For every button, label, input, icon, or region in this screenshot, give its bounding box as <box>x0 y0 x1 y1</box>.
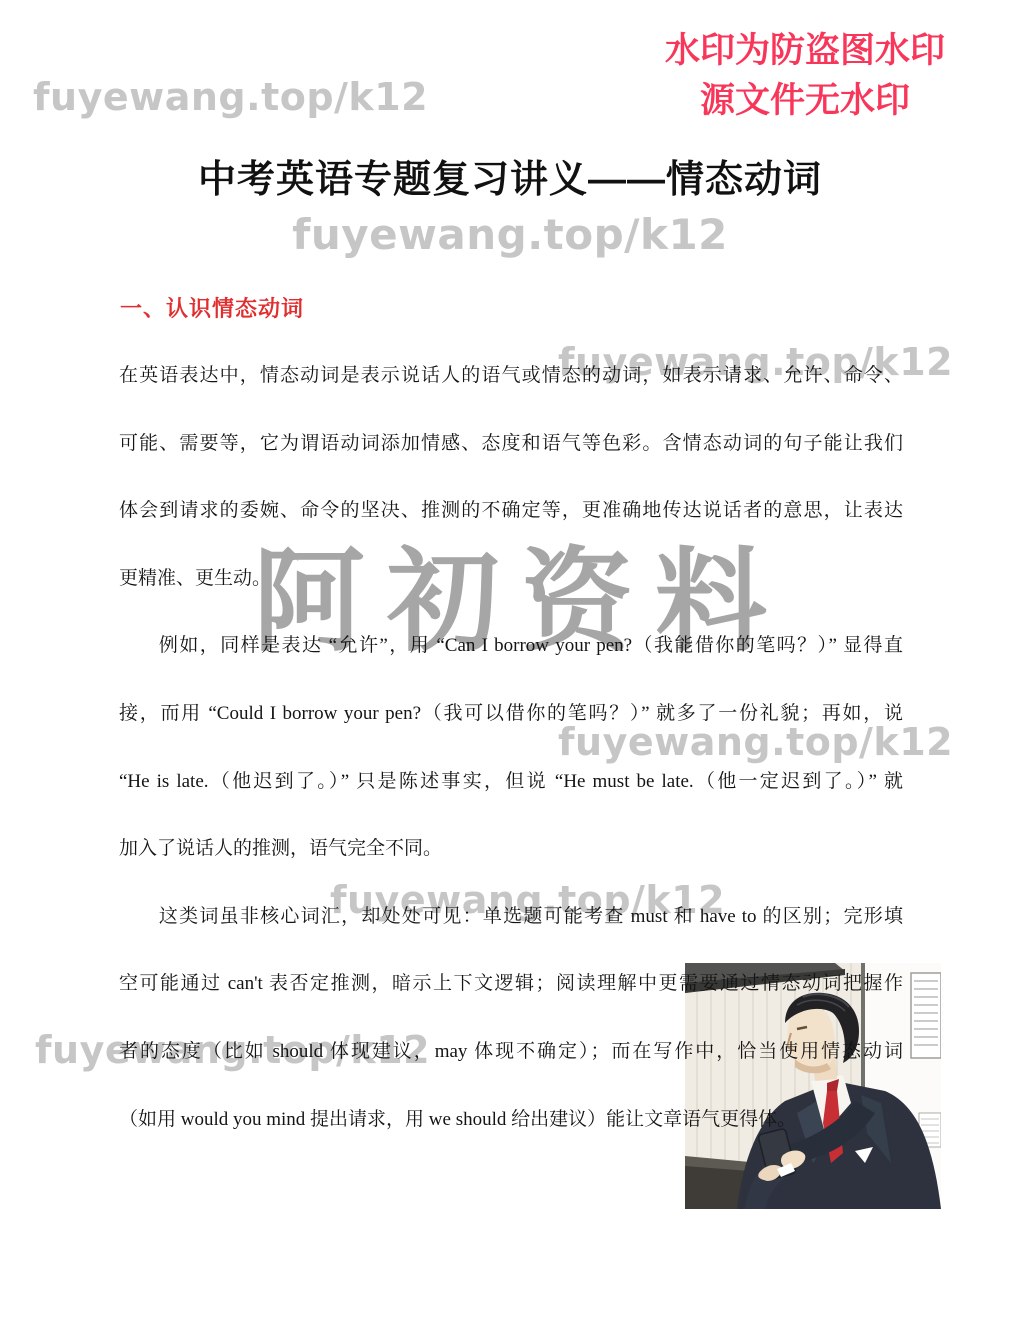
body-line: “He is late.（他迟到了。）” 只是陈述事实，但说 “He must … <box>119 748 903 816</box>
body-line: 加入了说话人的推测，语气完全不同。 <box>119 815 903 883</box>
document-page: fuyewang.top/k12 fuyewang.top/k12 fuyewa… <box>0 0 1020 1320</box>
body-line: 者的态度（比如 should 体现建议，may 体现不确定）；而在写作中，恰当使… <box>119 1018 903 1086</box>
anti-theft-notice-line2: 源文件无水印 <box>640 76 970 126</box>
anti-theft-notice-line1: 水印为防盗图水印 <box>640 26 970 76</box>
body-line: 空可能通过 can't 表否定推测，暗示上下文逻辑；阅读理解中更需要通过情态动词… <box>119 950 903 1018</box>
body-line: 体会到请求的委婉、命令的坚决、推测的不确定等，更准确地传达说话者的意思，让表达 <box>119 477 903 545</box>
anti-theft-notice: 水印为防盗图水印 源文件无水印 <box>640 26 970 126</box>
body-line: 可能、需要等，它为谓语动词添加情感、态度和语气等色彩。含情态动词的句子能让我们 <box>119 410 903 478</box>
body-line: （如用 would you mind 提出请求，用 we should 给出建议… <box>119 1086 903 1154</box>
body-line: 例如，同样是表达 “允许”，用 “Can I borrow your pen?（… <box>119 612 903 680</box>
body-line: 在英语表达中，情态动词是表示说话人的语气或情态的动词，如表示请求、允许、命令、 <box>119 342 903 410</box>
section-heading: 一、认识情态动词 <box>120 292 304 323</box>
content-layer: 水印为防盗图水印 源文件无水印 中考英语专题复习讲义——情态动词 一、认识情态动… <box>0 0 1020 1320</box>
body-text: 在英语表达中，情态动词是表示说话人的语气或情态的动词，如表示请求、允许、命令、 … <box>119 342 903 1153</box>
body-line: 这类词虽非核心词汇，却处处可见：单选题可能考查 must 和 have to 的… <box>119 883 903 951</box>
body-line: 更精准、更生动。 <box>119 545 903 613</box>
body-line: 接，而用 “Could I borrow your pen?（我可以借你的笔吗？… <box>119 680 903 748</box>
page-title: 中考英语专题复习讲义——情态动词 <box>0 148 1020 203</box>
